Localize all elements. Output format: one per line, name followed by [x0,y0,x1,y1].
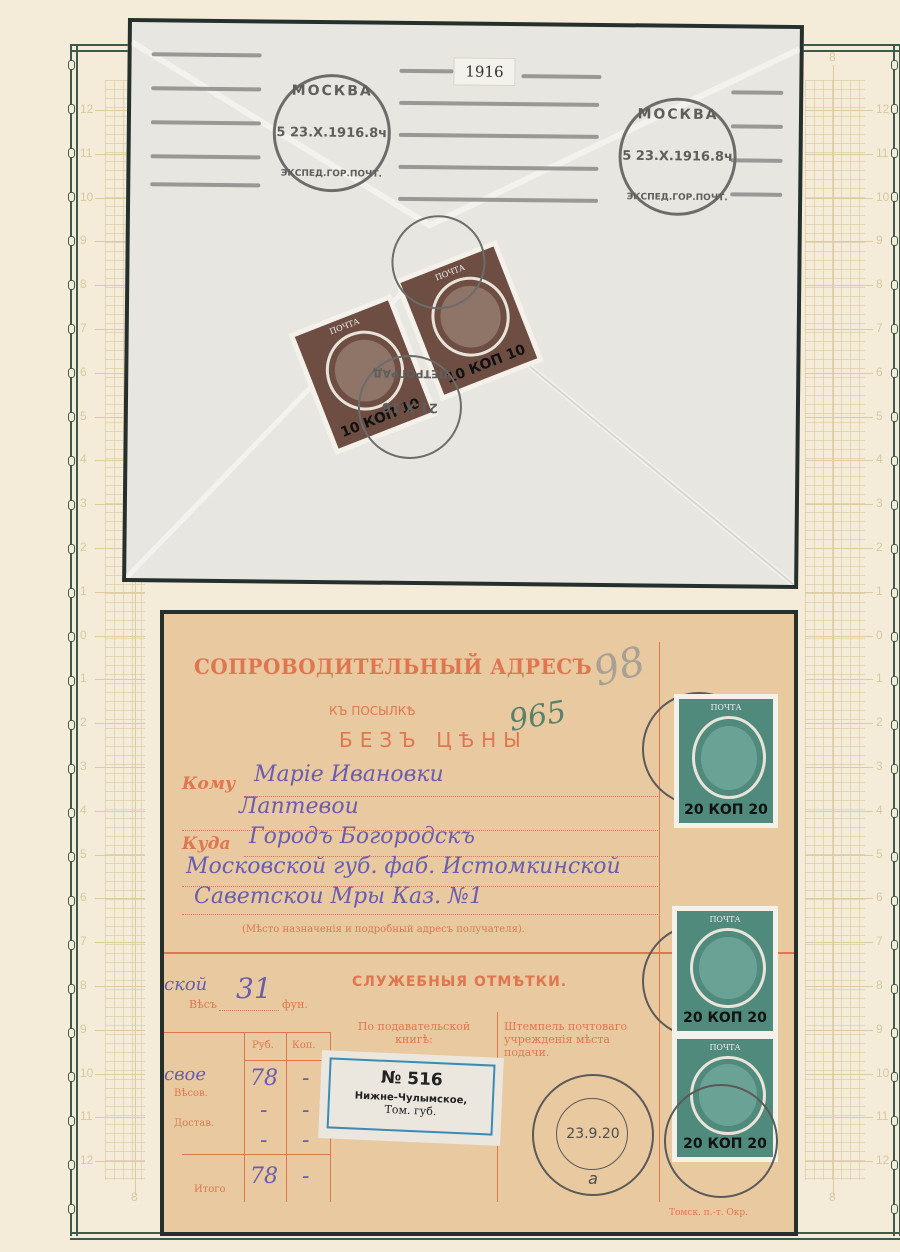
chain-link [68,1204,75,1214]
chain-link [68,500,75,510]
fee-table-rule [286,1032,287,1202]
grid-number: 1 [80,671,87,685]
grid-number: 8 [876,277,883,291]
grid-number: 10 [876,1066,889,1080]
card-subtitle: КЪ ПОСЫЛКѢ [329,704,416,718]
handwritten-number: 965 [506,694,568,738]
stamp-20-kop: ПОЧТА20 КОП 20 [672,906,778,1036]
chain-link [68,192,75,202]
grid-number: 3 [876,759,883,773]
chain-link [891,632,898,642]
sender-fragment: ской [164,974,207,995]
grid-tick [95,1117,145,1118]
recipient-line-1: Марiе Ивановки [254,762,444,787]
weight-unit: фун. [282,998,308,1011]
grid-number: 0 [876,628,883,642]
chain-link [68,544,75,554]
chain-link [891,1028,898,1038]
grid-tick [805,110,873,111]
fee-table-rule [164,1032,330,1033]
printer-mark: Томск. п.-т. Окр. [669,1208,748,1218]
chain-link [891,500,898,510]
grid-number: 3 [80,759,87,773]
grid-number: 6 [80,890,87,904]
chain-link [68,808,75,818]
grid-tick [95,1074,145,1075]
grid-tick [805,548,873,549]
chain-link [68,456,75,466]
postmark-nizhne-chulymskoe: 23.9.20 а [532,1074,654,1196]
postmark-moscow-right: МОСКВА 5 23.X.1916.8ч ЭКСПЕД.ГОР.ПОЧТ. [618,97,737,216]
line [219,1010,279,1011]
fee-table-rule [244,1032,245,1202]
service-title: СЛУЖЕБНЫЯ ОТМѢТКИ. [352,974,567,990]
grid-right-axis [833,65,834,1195]
cancel-wave [731,158,783,163]
row-total: Итого [194,1184,226,1195]
fee-table-rule [244,1060,330,1061]
weight-value: 31 [236,972,272,1005]
chain-link [891,280,898,290]
book-label: По подавательской книгѣ: [349,1020,479,1046]
chain-link [68,940,75,950]
chain-link [891,60,898,70]
grid-tick [805,417,873,418]
chain-link [68,852,75,862]
grid-number: 4 [80,452,87,466]
grid-tick [805,592,873,593]
grid-tick [95,986,145,987]
grid-tick [95,636,145,637]
col-rub: Руб. [252,1040,274,1051]
grid-number: 5 [80,409,87,423]
grid-number: 0 [80,628,87,642]
grid-tick [805,329,873,330]
corner-marker-bl: 8 [131,1190,138,1204]
chain-link [891,940,898,950]
chain-link [68,764,75,774]
chain-link [891,236,898,246]
weight-label: Вѣсъ [189,998,217,1011]
grid-tick [805,504,873,505]
grid-number: 11 [876,146,888,160]
grid-number: 12 [876,1153,889,1167]
recipient-line-2: Лаптевои [239,794,359,819]
registration-label: № 516 Нижне-Чулымское, Том. губ. [318,1050,504,1146]
grid-number: 2 [876,540,883,554]
cancel-wave [730,192,782,197]
grid-number: 7 [80,321,87,335]
chain-link [891,412,898,422]
grid-tick [805,986,873,987]
total-rub: 78 [250,1164,278,1189]
chain-link [68,676,75,686]
grid-number: 1 [876,584,883,598]
grid-tick [805,1030,873,1031]
postmark-transit-upper [391,215,486,310]
chain-link [891,368,898,378]
grid-number: 4 [876,803,883,817]
line [182,914,658,915]
chain-link [891,984,898,994]
fee-table-rule [182,1154,330,1155]
grid-tick [805,373,873,374]
chain-link [891,1204,898,1214]
col-kop: Коп. [292,1040,316,1051]
pencil-note: 98 [589,638,650,696]
grid-number: 7 [876,934,883,948]
grid-number: 5 [876,409,883,423]
chain-link [68,1116,75,1126]
grid-tick [805,898,873,899]
chain-link [68,984,75,994]
chain-link [891,676,898,686]
grid-tick [805,767,873,768]
chain-link [68,588,75,598]
chain-link [68,104,75,114]
grid-number: 8 [80,978,87,992]
corner-marker-br: 8 [829,1190,836,1204]
year-label: 1916 [453,57,515,86]
grid-tick [805,1074,873,1075]
cancel-wave [399,69,453,74]
grid-number: 2 [876,715,883,729]
chain-link [68,280,75,290]
postmark-moscow-left: МОСКВА 5 23.X.1916.8ч ЭКСПЕД.ГОР.ПОЧТ. [272,74,391,193]
grid-number: 11 [876,1109,888,1123]
grid-tick [805,942,873,943]
grid-number: 12 [80,102,93,116]
grid-number: 12 [80,1153,93,1167]
label-to-whom: Кому [182,774,235,794]
grid-tick [95,1161,145,1162]
address-line-3: Саветскои Мры Каз. №1 [194,884,483,909]
postmark-stamp-3 [664,1084,778,1198]
grid-number: 12 [876,102,889,116]
grid-number: 7 [80,934,87,948]
grid-number: 5 [876,847,883,861]
grid-tick [95,592,145,593]
address-line-1: Городъ Богородскъ [249,824,475,849]
grid-tick [805,855,873,856]
chain-link [891,896,898,906]
grid-tick [95,1030,145,1031]
grid-number: 8 [876,978,883,992]
chain-link [891,324,898,334]
grid-number: 4 [876,452,883,466]
album-page: 8 8 8 8 1211109876543210123456789101112 … [0,0,900,1252]
chain-link [68,236,75,246]
registration-number: № 516 [330,1065,493,1092]
grid-tick [805,198,873,199]
sender-fragment-2: свое [164,1064,206,1085]
address-line-2: Московской губ. фаб. Истомкинской [186,854,621,879]
cancel-wave [731,124,783,129]
fee-extra-kop: - [302,1128,309,1153]
grid-number: 1 [80,584,87,598]
grid-number: 9 [80,1022,87,1036]
grid-number: 10 [876,190,889,204]
grid-tick [805,679,873,680]
chain-link [68,720,75,730]
chain-link [891,720,898,730]
grid-tick [95,679,145,680]
chain-link [891,104,898,114]
grid-number: 3 [876,496,883,510]
grid-number: 11 [80,146,92,160]
grid-number: 5 [80,847,87,861]
chain-link [891,192,898,202]
chain-link [891,148,898,158]
grid-tick [95,767,145,768]
envelope-back: 1916 МОСКВА 5 23.X.1916.8ч ЭКСПЕД.ГОР.ПО… [122,18,804,589]
grid-number: 1 [876,671,883,685]
chain-link [891,764,898,774]
grid-tick [95,942,145,943]
grid-number: 9 [876,1022,883,1036]
chain-link [68,1072,75,1082]
chain-link [68,324,75,334]
chain-link [68,1160,75,1170]
parcel-card: СОПРОВОДИТЕЛЬНЫЙ АДРЕСЪ КЪ ПОСЫЛКѢ БЕЗЪ … [160,610,798,1236]
stamp-label: Штемпель почтоваго учрежденія мѣста пода… [504,1020,654,1059]
grid-number: 10 [80,190,93,204]
chain-link [891,808,898,818]
card-value-line: БЕЗЪ ЦѢНЫ [339,728,528,752]
grid-tick [805,285,873,286]
fee-weight-kop: - [302,1066,309,1091]
grid-tick [805,154,873,155]
grid-number: 8 [80,277,87,291]
cancel-wave [731,90,783,95]
grid-number: 6 [876,365,883,379]
chain-link [68,632,75,642]
grid-right [805,80,865,1180]
row-weight: Вѣсов. [174,1088,208,1099]
grid-number: 3 [80,496,87,510]
chain-link [891,852,898,862]
grid-number: 7 [876,321,883,335]
fee-delivery-kop: - [302,1098,309,1123]
grid-number: 6 [80,365,87,379]
chain-link [891,1116,898,1126]
grid-tick [805,636,873,637]
chain-link [68,896,75,906]
address-caption: (Мѣсто назначенія и подробный адресъ пол… [242,924,525,935]
row-delivery: Достав. [174,1118,214,1129]
chain-link [68,368,75,378]
chain-link [891,456,898,466]
grid-tick [95,898,145,899]
fee-delivery-rub: - [260,1098,267,1123]
grid-tick [805,1117,873,1118]
stamp-20-kop: ПОЧТА20 КОП 20 [674,694,778,828]
chain-link [891,588,898,598]
grid-tick [805,460,873,461]
grid-tick [805,1161,873,1162]
postmark-petrograd: 21.X.16 ПЕТРОГРАД [357,354,462,459]
chain-link [891,1072,898,1082]
grid-number: 9 [80,233,87,247]
grid-number: 2 [80,715,87,729]
grid-tick [95,723,145,724]
chain-link [68,1028,75,1038]
grid-tick [95,855,145,856]
grid-number: 11 [80,1109,92,1123]
label-where: Куда [182,834,230,854]
total-kop: - [302,1164,309,1189]
chain-link [68,60,75,70]
grid-number: 6 [876,890,883,904]
grid-number: 4 [80,803,87,817]
grid-number: 2 [80,540,87,554]
fee-weight-rub: 78 [250,1066,278,1091]
fee-extra-rub: - [260,1128,267,1153]
grid-tick [805,811,873,812]
corner-marker-tr: 8 [829,50,836,64]
chain-link [68,148,75,158]
cancel-wave [521,74,601,79]
chain-link [68,412,75,422]
grid-number: 10 [80,1066,93,1080]
grid-number: 9 [876,233,883,247]
chain-link [891,544,898,554]
grid-tick [95,811,145,812]
grid-tick [805,723,873,724]
card-title: СОПРОВОДИТЕЛЬНЫЙ АДРЕСЪ [194,654,592,679]
chain-link [891,1160,898,1170]
grid-tick [805,241,873,242]
